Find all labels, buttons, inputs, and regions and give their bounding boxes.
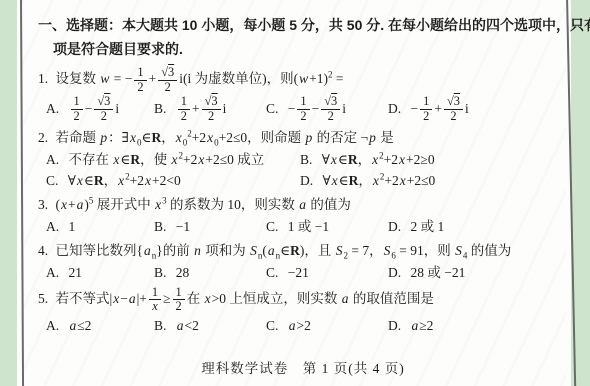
option-text: −12+√32i [411, 101, 469, 116]
option-letter: A. [46, 101, 59, 116]
question-number: 5. [38, 291, 48, 306]
option-letter: C. [46, 173, 58, 188]
option-text: a<2 [176, 318, 199, 333]
option-letter: D. [388, 219, 401, 234]
question-text: 若不等式|x−a|+1x≥12在 x>0 上恒成立，则实数 a 的取值范围是 [56, 291, 434, 306]
answer-option: A. 1 [46, 216, 154, 237]
option-letter: B. [154, 101, 166, 116]
option-letter: C. [266, 101, 278, 116]
option-letter: B. [300, 152, 312, 167]
question-stem: 5. 若不等式|x−a|+1x≥12在 x>0 上恒成立，则实数 a 的取值范围… [38, 286, 568, 314]
question-number: 1. [38, 71, 48, 86]
question: 4. 已知等比数列{an}的前 n 项和为 Sn(an∈R)，且 S2 = 7，… [38, 240, 568, 283]
question: 1. 设复数 w = −12+√32i(i 为虚数单位)，则(w+1)2 = A… [38, 66, 568, 124]
answer-option: B. −1 [154, 216, 266, 237]
section-title-line1: 一、选择题：本大题共 10 小题，每小题 5 分，共 50 分. 在每小题给出的… [38, 13, 568, 37]
question-text: (x+a)5 展开式中 x3 的系数为 10，则实数 a 的值为 [56, 197, 351, 212]
option-letter: D. [388, 265, 401, 280]
question-number: 4. [38, 243, 48, 258]
option-letter: A. [46, 152, 59, 167]
page-content: 一、选择题：本大题共 10 小题，每小题 5 分，共 50 分. 在每小题给出的… [38, 0, 568, 386]
question-stem: 2. 若命题 p：∃x0∈R，x02+2x0+2≤0，则命题 p 的否定 ¬p … [38, 127, 568, 148]
question-stem: 3. (x+a)5 展开式中 x3 的系数为 10，则实数 a 的值为 [38, 194, 568, 215]
option-letter: C. [266, 265, 278, 280]
option-letter: A. [46, 219, 59, 234]
option-letter: B. [154, 318, 166, 333]
option-text: 不存在 x∈R，使 x2+2x+2≤0 成立 [69, 152, 265, 167]
question-stem: 4. 已知等比数列{an}的前 n 项和为 Sn(an∈R)，且 S2 = 7，… [38, 240, 568, 261]
option-letter: B. [154, 265, 166, 280]
answer-option: B. 28 [154, 262, 266, 283]
option-letter: B. [154, 219, 166, 234]
answer-option: B. ∀x∈R，x2+2x+2≥0 [300, 149, 568, 170]
scanned-exam-page: { "colors": { "edge_green": "#cfe4cd", "… [0, 0, 590, 386]
answer-option: D. a≥2 [388, 315, 568, 336]
answer-option: D. 2 或 1 [388, 216, 568, 237]
answer-option: A. 12−√32i [46, 95, 154, 123]
option-text: 21 [69, 265, 83, 280]
answer-option: C. ∀x∈R，x2+2x+2<0 [46, 170, 300, 191]
option-text: 2 或 1 [411, 219, 445, 234]
option-text: a≥2 [411, 318, 434, 333]
option-text: ∀x∈R，x2+2x+2≥0 [322, 152, 435, 167]
options-row: A. 21 B. 28 C. −21 D. 28 或 −21 [38, 262, 568, 283]
section-title-line2: 项是符合题目要求的. [38, 37, 568, 61]
option-text: ∀x∈R，x2+2x+2≤0 [323, 173, 436, 188]
option-text: 28 或 −21 [411, 265, 466, 280]
answer-option: D. ∀x∈R，x2+2x+2≤0 [300, 170, 568, 191]
option-letter: D. [388, 318, 401, 333]
option-text: −21 [288, 265, 309, 280]
options-row: A. a≤2 B. a<2 C. a>2 D. a≥2 [38, 315, 568, 336]
option-letter: A. [46, 318, 59, 333]
question-text: 已知等比数列{an}的前 n 项和为 Sn(an∈R)，且 S2 = 7，S6 … [56, 243, 512, 258]
question-stem: 1. 设复数 w = −12+√32i(i 为虚数单位)，则(w+1)2 = [38, 66, 568, 94]
option-text: 1 [69, 219, 76, 234]
option-text: −12−√32i [288, 101, 346, 116]
answer-option: A. 21 [46, 262, 154, 283]
option-letter: D. [388, 101, 401, 116]
answer-option: C. 1 或 −1 [266, 216, 388, 237]
option-text: a>2 [288, 318, 311, 333]
question: 2. 若命题 p：∃x0∈R，x02+2x0+2≤0，则命题 p 的否定 ¬p … [38, 127, 568, 191]
answer-option: D. −12+√32i [388, 95, 568, 123]
option-text: 12+√32i [176, 101, 227, 116]
question: 3. (x+a)5 展开式中 x3 的系数为 10，则实数 a 的值为 A. 1… [38, 194, 568, 237]
question-list: 1. 设复数 w = −12+√32i(i 为虚数单位)，则(w+1)2 = A… [38, 66, 568, 336]
scanner-green-margin-left [0, 0, 17, 386]
answer-option: B. a<2 [154, 315, 266, 336]
question-text: 设复数 w = −12+√32i(i 为虚数单位)，则(w+1)2 = [56, 71, 344, 86]
option-text: 28 [176, 265, 190, 280]
options-row: A. 不存在 x∈R，使 x2+2x+2≤0 成立 B. ∀x∈R，x2+2x+… [38, 149, 568, 191]
question-number: 2. [38, 130, 48, 145]
option-text: 1 或 −1 [288, 219, 329, 234]
page-border-line-left [20, 0, 24, 386]
option-letter: A. [46, 265, 59, 280]
options-row: A. 12−√32i B. 12+√32i C. −12−√32i D. −12… [38, 95, 568, 123]
question-number: 3. [38, 197, 48, 212]
option-letter: C. [266, 219, 278, 234]
answer-option: D. 28 或 −21 [388, 262, 568, 283]
option-text: a≤2 [69, 318, 92, 333]
option-text: ∀x∈R，x2+2x+2<0 [68, 173, 181, 188]
option-text: −1 [176, 219, 190, 234]
section-header: 一、选择题：本大题共 10 小题，每小题 5 分，共 50 分. 在每小题给出的… [38, 13, 568, 61]
answer-option: A. a≤2 [46, 315, 154, 336]
option-letter: C. [266, 318, 278, 333]
answer-option: C. −12−√32i [266, 95, 388, 123]
page-footer: 理科数学试卷 第 1 页(共 4 页) [38, 357, 568, 377]
options-row: A. 1 B. −1 C. 1 或 −1 D. 2 或 1 [38, 216, 568, 237]
answer-option: B. 12+√32i [154, 95, 266, 123]
answer-option: C. −21 [266, 262, 388, 283]
option-letter: D. [300, 173, 313, 188]
answer-option: C. a>2 [266, 315, 388, 336]
option-text: 12−√32i [69, 101, 120, 116]
question-text: 若命题 p：∃x0∈R，x02+2x0+2≤0，则命题 p 的否定 ¬p 是 [56, 130, 394, 145]
answer-option: A. 不存在 x∈R，使 x2+2x+2≤0 成立 [46, 149, 300, 170]
question: 5. 若不等式|x−a|+1x≥12在 x>0 上恒成立，则实数 a 的取值范围… [38, 286, 568, 336]
